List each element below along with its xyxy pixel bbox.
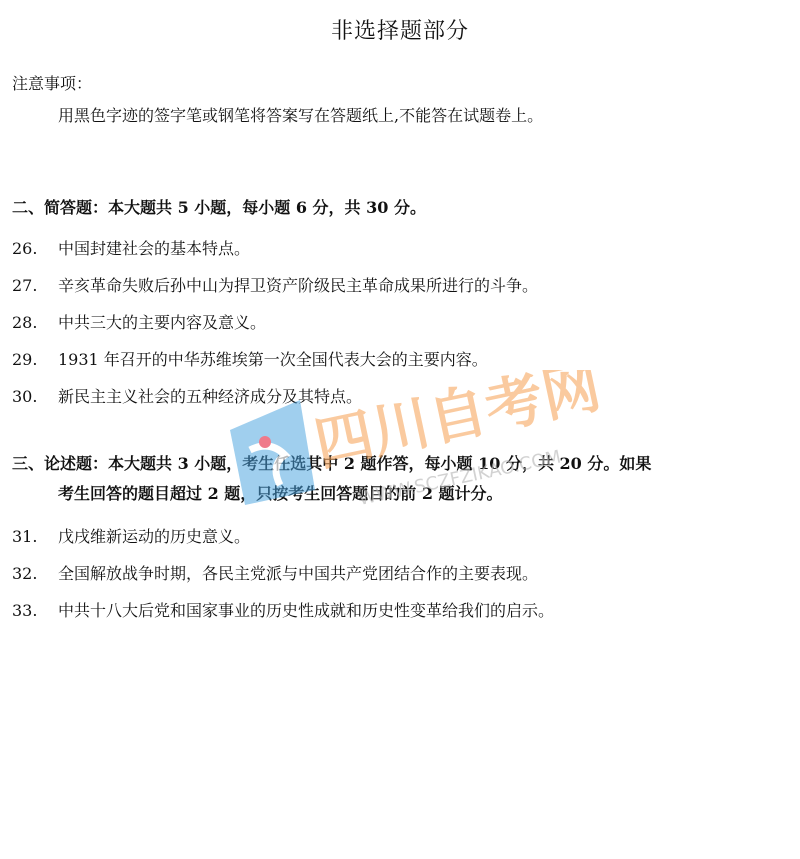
question-item: 28.中共三大的主要内容及意义。 [12, 310, 266, 333]
question-text: 新民主主义社会的五种经济成分及其特点。 [58, 387, 362, 406]
question-text: 中共三大的主要内容及意义。 [58, 313, 266, 332]
question-item: 27.辛亥革命失败后孙中山为捍卫资产阶级民主革命成果所进行的斗争。 [12, 273, 538, 296]
section-heading-text: 三、论述题：本大题共 3 小题，考生任选其中 2 题作答，每小题 10 分，共 … [12, 454, 651, 473]
notice-body: 用黑色字迹的签字笔或钢笔将答案写在答题纸上,不能答在试题卷上。 [58, 103, 543, 126]
question-item: 31.戊戌维新运动的历史意义。 [12, 524, 250, 547]
section-essay-heading: 三、论述题：本大题共 3 小题，考生任选其中 2 题作答，每小题 10 分，共 … [12, 449, 651, 509]
question-number: 27. [12, 276, 58, 295]
question-text: 辛亥革命失败后孙中山为捍卫资产阶级民主革命成果所进行的斗争。 [58, 276, 538, 295]
question-item: 33.中共十八大后党和国家事业的历史性成就和历史性变革给我们的启示。 [12, 598, 554, 621]
question-item: 29.1931 年召开的中华苏维埃第一次全国代表大会的主要内容。 [12, 347, 488, 370]
question-text: 中国封建社会的基本特点。 [58, 239, 250, 258]
question-number: 31. [12, 527, 58, 546]
page-title: 非选择题部分 [0, 14, 800, 45]
question-text: 1931 年召开的中华苏维埃第一次全国代表大会的主要内容。 [58, 350, 488, 369]
question-item: 26.中国封建社会的基本特点。 [12, 236, 250, 259]
question-number: 28. [12, 313, 58, 332]
section-heading-continuation: 考生回答的题目超过 2 题，只按考生回答题目的前 2 题计分。 [12, 479, 651, 509]
question-text: 全国解放战争时期，各民主党派与中国共产党团结合作的主要表现。 [58, 564, 538, 583]
question-text: 戊戌维新运动的历史意义。 [58, 527, 250, 546]
section-short-answer-heading: 二、简答题：本大题共 5 小题，每小题 6 分，共 30 分。 [12, 193, 426, 223]
question-item: 30.新民主主义社会的五种经济成分及其特点。 [12, 384, 362, 407]
question-item: 32.全国解放战争时期，各民主党派与中国共产党团结合作的主要表现。 [12, 561, 538, 584]
section-heading-text: 二、简答题：本大题共 5 小题，每小题 6 分，共 30 分。 [12, 198, 426, 217]
question-number: 29. [12, 350, 58, 369]
question-number: 33. [12, 601, 58, 620]
question-number: 32. [12, 564, 58, 583]
notice-heading: 注意事项： [12, 71, 92, 94]
question-number: 26. [12, 239, 58, 258]
question-text: 中共十八大后党和国家事业的历史性成就和历史性变革给我们的启示。 [58, 601, 554, 620]
question-number: 30. [12, 387, 58, 406]
